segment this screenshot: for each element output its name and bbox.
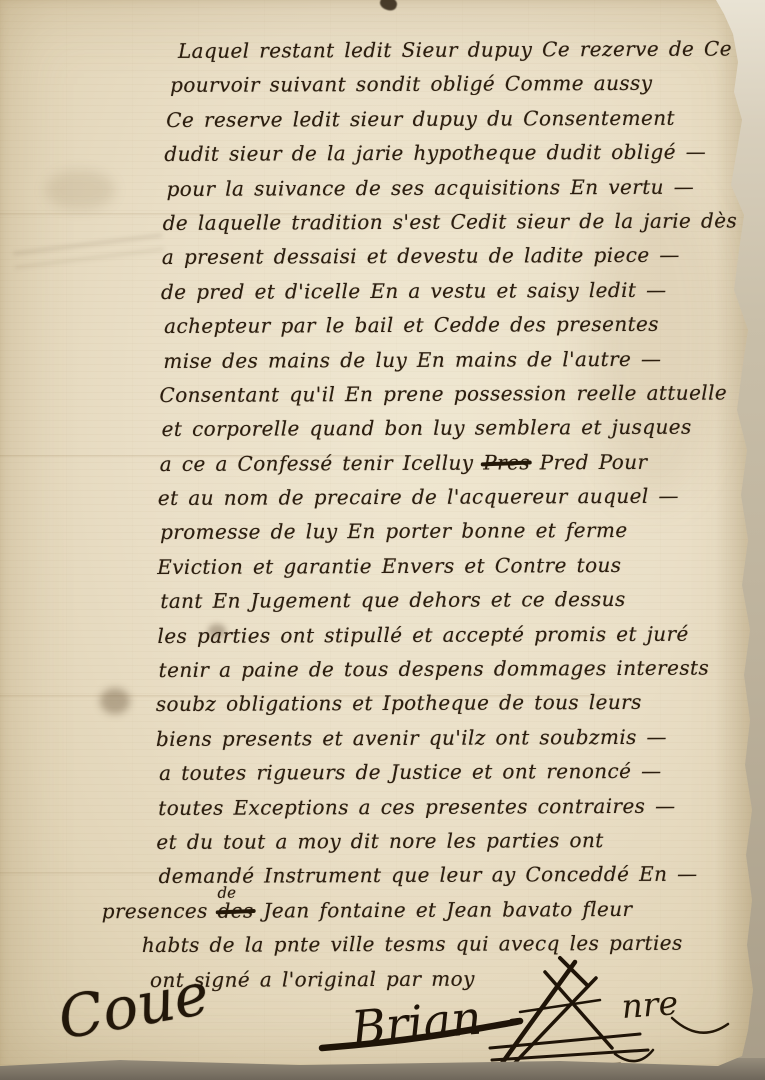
manuscript-line: les parties ont stipullé et accepté prom… (157, 621, 765, 658)
manuscript-page: Laquel restant ledit Sieur dupuy Ce reze… (0, 0, 765, 1072)
manuscript-line: Laquel restant ledit Sieur dupuy Ce reze… (178, 36, 763, 73)
manuscript-line-with-strikethrough: a ce a Confessé tenir Icelluy Pres Pred … (160, 449, 765, 486)
manuscript-line: promesse de luy En porter bonne et ferme (160, 518, 765, 555)
manuscript-line: de laquelle tradition s'est Cedit sieur … (163, 208, 764, 245)
manuscript-line: Ce reserve ledit sieur dupuy du Consente… (166, 105, 763, 142)
line-text: presences (102, 898, 218, 923)
line-text: Jean fontaine et Jean bavato fleur (254, 897, 633, 923)
manuscript-line: de pred et d'icelle En a vestu et saisy … (161, 277, 764, 314)
manuscript-line: dudit sieur de la jarie hypotheque dudit… (164, 140, 763, 177)
ink-mark-top (378, 0, 398, 13)
manuscript-line: Eviction et garantie Envers et Contre to… (157, 552, 765, 589)
manuscript-line: et au nom de precaire de l'acquereur auq… (158, 483, 765, 520)
manuscript-line: et du tout a moy dit nore les parties on… (156, 827, 765, 864)
manuscript-line: tant En Jugement que dehors et ce dessus (160, 587, 765, 624)
corrected-word: dedes (217, 898, 253, 922)
manuscript-line: achepteur par le bail et Cedde des prese… (164, 311, 764, 348)
notary-abbreviation-flourish (672, 1018, 728, 1033)
manuscript-text-block: Laquel restant ledit Sieur dupuy Ce reze… (0, 36, 765, 1002)
manuscript-line: a toutes rigueurs de Justice et ont reno… (159, 759, 765, 796)
manuscript-line: mise des mains de luy En mains de l'autr… (163, 346, 764, 383)
manuscript-line: soubz obligations et Ipotheque de tous l… (156, 690, 765, 727)
notary-abbreviation: nre (620, 983, 679, 1026)
manuscript-line: biens presents et avenir qu'ilz ont soub… (156, 724, 765, 761)
manuscript-line: tenir a paine de tous despens dommages i… (159, 655, 765, 692)
manuscript-line-with-insertion: presences dedes Jean fontaine et Jean ba… (102, 896, 765, 933)
struck-word: des (217, 898, 253, 922)
notary-signature-name: Brian (348, 991, 484, 1057)
manuscript-line: toutes Exceptions a ces presentes contra… (158, 793, 765, 830)
manuscript-line: pour la suivance de ses acquisitions En … (167, 174, 764, 211)
line-text: a ce a Confessé tenir Icelluy (160, 450, 484, 475)
line-text: Pred Pour (530, 450, 648, 475)
manuscript-line: a present dessaisi et devestu de ladite … (162, 243, 764, 280)
struck-word: Pres (483, 450, 530, 474)
manuscript-line: demandé Instrument que leur ay Conceddé … (159, 862, 765, 899)
manuscript-line: pourvoir suivant sondit obligé Comme aus… (170, 71, 763, 108)
manuscript-line: Consentant qu'il En prene possession ree… (159, 380, 764, 417)
manuscript-line: et corporelle quand bon luy semblera et … (162, 415, 765, 452)
